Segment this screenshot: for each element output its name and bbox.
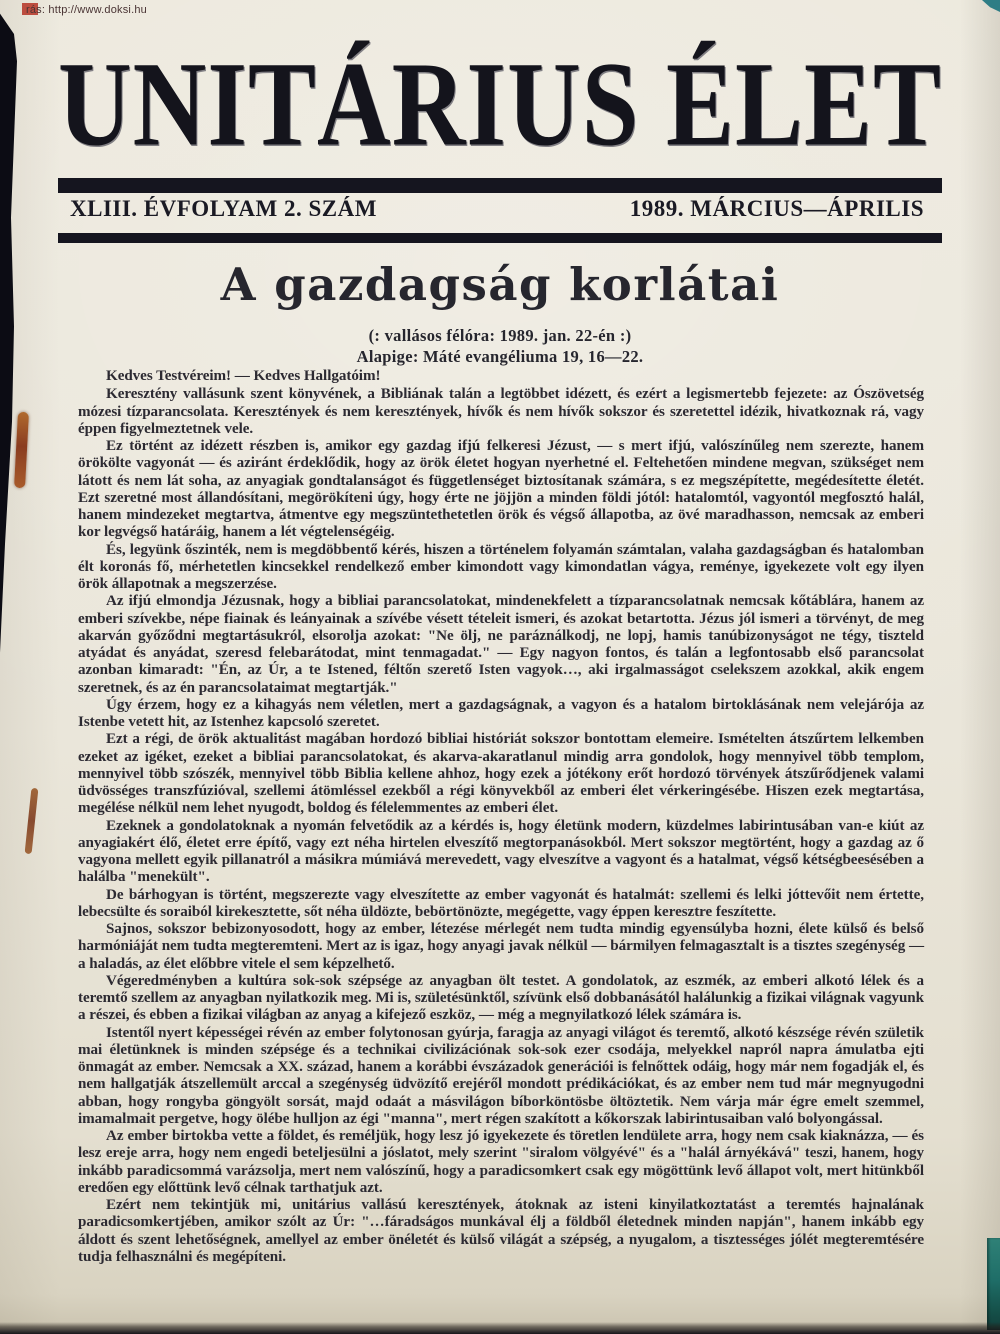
scan-top-right-corner-mark (978, 0, 1000, 12)
article-paragraph: Ezeknek a gondolatoknak a nyomán felvető… (78, 818, 924, 887)
scan-right-edge-teal (987, 1238, 1000, 1330)
scan-bottom-edge (0, 1322, 1000, 1334)
volume-number: XLIII. ÉVFOLYAM 2. SZÁM (58, 196, 377, 222)
article-paragraph: Úgy érzem, hogy ez a kihagyás nem véletl… (78, 697, 924, 732)
binding-stitch-top (14, 412, 29, 488)
article-title: A gazdagság korlátai (0, 258, 1000, 311)
article-paragraph: Ezért nem tekintjük mi, unitárius vallás… (78, 1197, 924, 1266)
article-paragraph: Istentől nyert képességei révén az ember… (78, 1025, 924, 1129)
article-paragraph: És, legyünk őszinték, nem is megdöbbentő… (78, 542, 924, 594)
article-paragraph: Sajnos, sokszor bebizonyosodott, hogy az… (78, 921, 924, 973)
article-paragraphs: Keresztény vallásunk szent könyvének, a … (78, 386, 924, 1266)
article-paragraph: Az ifjú elmondja Jézusnak, hogy a biblia… (78, 593, 924, 697)
article-subtitle-scripture: Alapige: Máté evangéliuma 19, 16—22. (0, 347, 1000, 367)
article-paragraph: Végeredményben a kultúra sok-sok szépség… (78, 973, 924, 1025)
masthead: UNITÁRIUS ÉLET (58, 42, 942, 149)
issue-info-row: XLIII. ÉVFOLYAM 2. SZÁM 1989. MÁRCIUS—ÁP… (58, 196, 942, 222)
publication-title: UNITÁRIUS ÉLET (58, 42, 942, 168)
article-paragraph: Ezt a régi, de örök aktualitást magában … (78, 731, 924, 817)
article-subtitle-occasion: (: vallásos félóra: 1989. jan. 22-én :) (0, 326, 1000, 346)
article-paragraph: Az ember birtokba vette a földet, és rem… (78, 1128, 924, 1197)
scanned-newspaper-page: rás: http://www.doksi.hu UNITÁRIUS ÉLET … (0, 0, 1000, 1334)
binding-stitch-bottom (25, 788, 39, 854)
masthead-rule-bottom (58, 233, 942, 243)
article-paragraph: Ez történt az idézett részben is, amikor… (78, 438, 924, 542)
article-body: Kedves Testvéreim! — Kedves Hallgatóim! … (78, 368, 924, 1266)
article-paragraph: Keresztény vallásunk szent könyvének, a … (78, 386, 924, 438)
article-salutation: Kedves Testvéreim! — Kedves Hallgatóim! (78, 368, 924, 385)
source-watermark: rás: http://www.doksi.hu (26, 4, 147, 16)
issue-date: 1989. MÁRCIUS—ÁPRILIS (630, 196, 942, 222)
masthead-rule-top (58, 178, 942, 193)
article-paragraph: De bárhogyan is történt, megszerezte vag… (78, 887, 924, 922)
